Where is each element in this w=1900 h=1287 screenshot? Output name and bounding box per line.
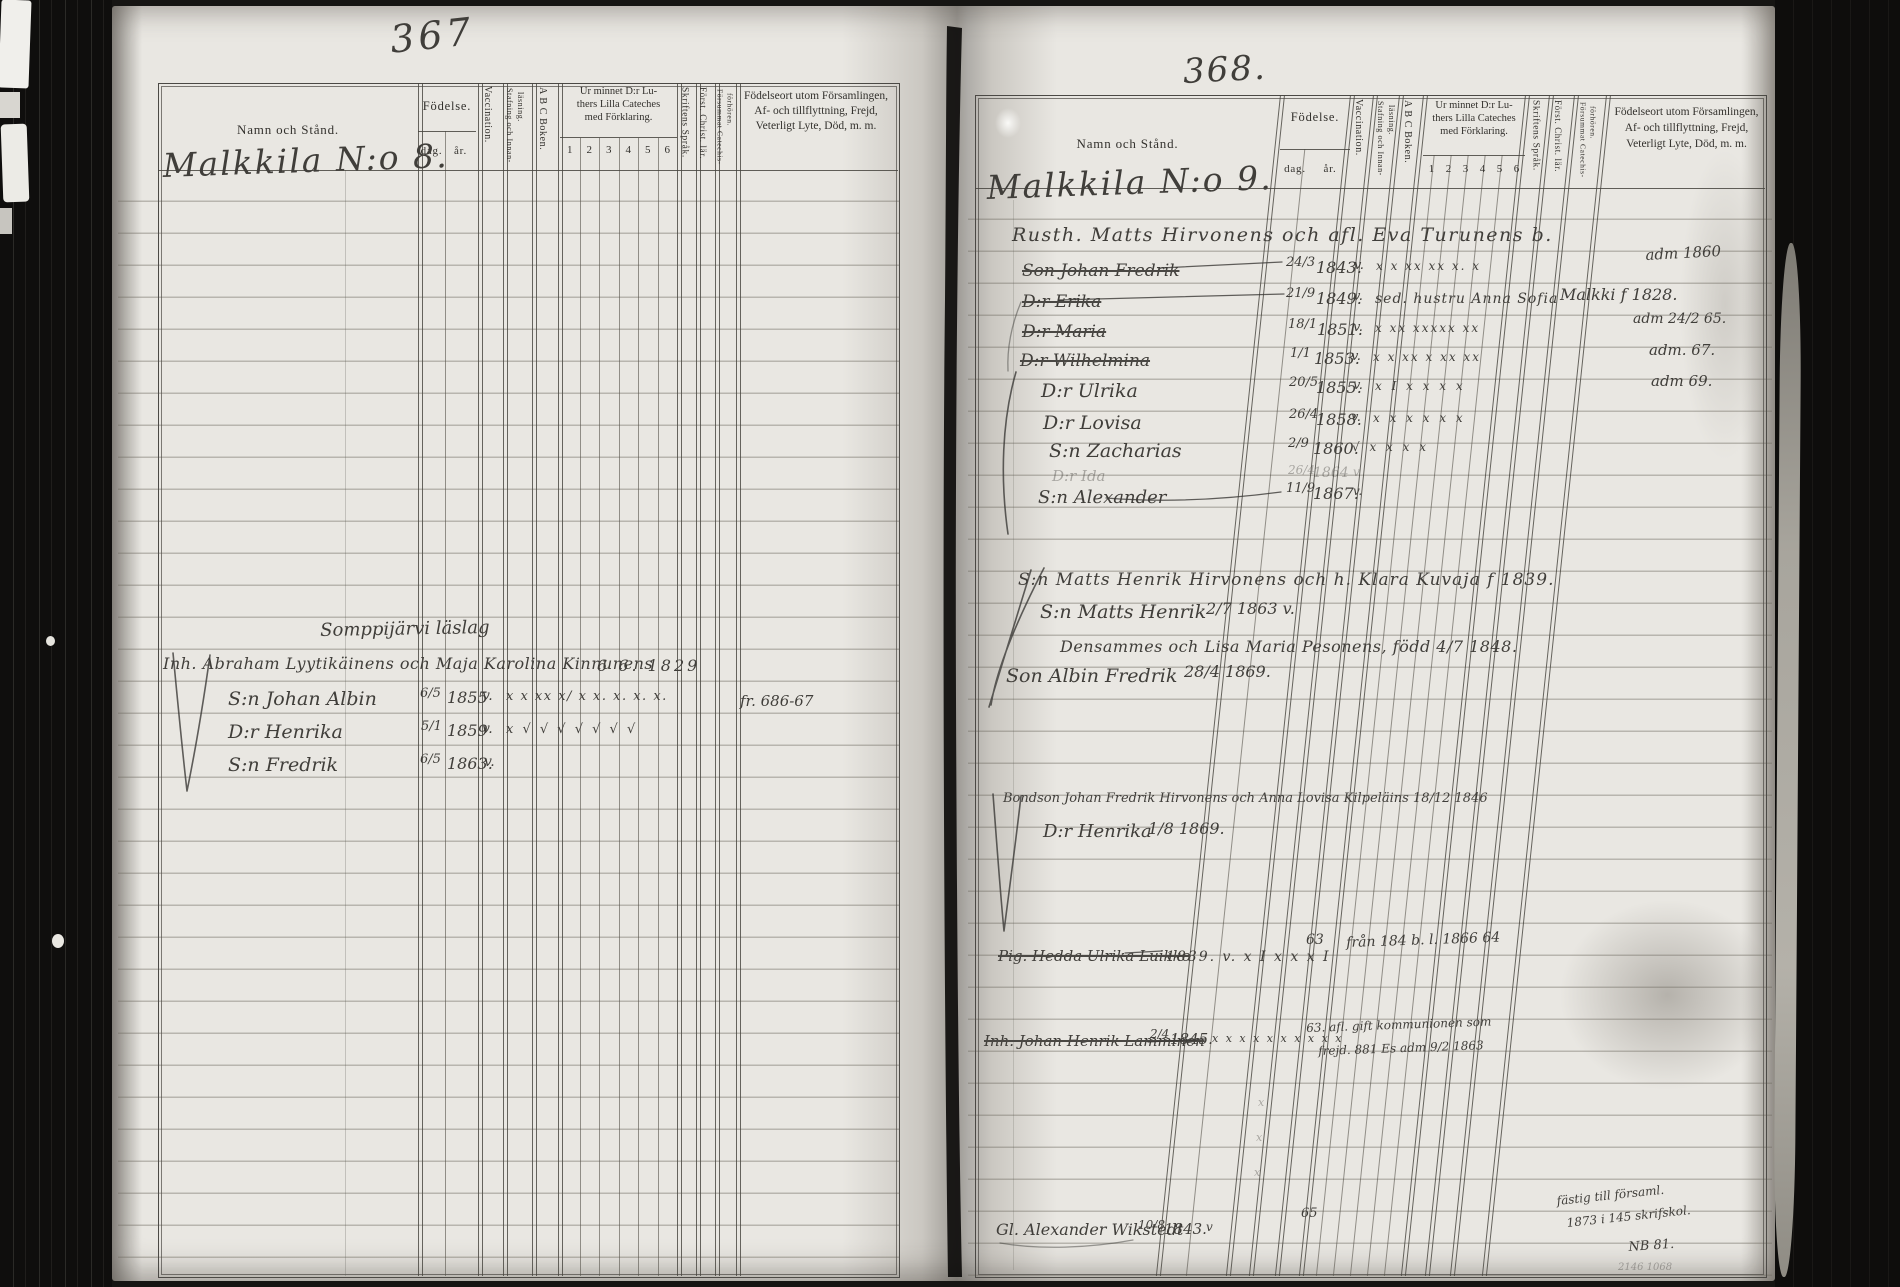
birth-day: 21/9 (1286, 286, 1315, 301)
person-entry: S:n Matts Henrik (1040, 601, 1206, 623)
birth-day: 11/9 (1286, 481, 1315, 496)
column-subdivider-left (619, 138, 620, 1276)
person-entry: D:r Ida (1052, 467, 1106, 485)
col-header-skriftens-right: Skriftens Språk. (1530, 100, 1540, 182)
person-entry: Son Johan Fredrik (1022, 261, 1179, 281)
person-entry: D:r Wilhelmina (1020, 351, 1150, 371)
birth-day: 24/3 (1286, 255, 1315, 270)
col-header-fodelseort-left: Veterligt Lyte, Död, m. m. (737, 120, 895, 132)
cateches-subcol-digit-left: 2 (580, 144, 600, 156)
vaccination-mark: v (1353, 465, 1360, 479)
header-divider-line-left (560, 137, 677, 138)
vaccination-mark: v. (482, 688, 493, 704)
col-header-forsummat-2-left: förhören. (726, 93, 734, 161)
col-header-dag-right: dag. (1280, 163, 1310, 175)
col-header-stafning-2-left: läsning. (516, 92, 524, 162)
col-header-cateches-right: Ur minnet D:r Lu- (1423, 100, 1525, 111)
birth-year: 1843. (1164, 1220, 1207, 1238)
birth-day: 1/1 (1290, 346, 1311, 361)
birth-date: 1/8 1869. (1148, 819, 1225, 838)
margin-note: adm 24/2 65. (1633, 311, 1726, 327)
vaccination-mark: v. (482, 721, 493, 737)
mark: x (1258, 1096, 1264, 1109)
cateches-subcol-digit-right: 4 (1474, 163, 1491, 175)
col-header-cateches-left: Ur minnet D:r Lu- (560, 86, 677, 97)
vaccination-mark: v. (1351, 410, 1361, 425)
catechism-marks: 1839. v. x I x x x I (1166, 949, 1331, 965)
col-header-forsummat-1-right: Försummat Catechis- (1579, 102, 1587, 182)
header-divider-line-right (1280, 149, 1350, 150)
header-divider-line-right (1423, 155, 1525, 156)
col-header-vaccination-left: Vaccination. (482, 86, 492, 168)
col-header-abc-right: A B C Boken. (1402, 100, 1412, 184)
page-number: 368. (1182, 48, 1268, 92)
column-subdivider-left (445, 131, 446, 1276)
col-header-forst-christ-left: Först. Christ. lär. (698, 87, 707, 165)
birth-day: 6/5 (420, 752, 441, 767)
birth-day: 20/5 (1289, 375, 1318, 390)
column-divider-left (736, 83, 741, 1276)
col-header-ar-left: år. (445, 145, 476, 157)
birth-year: 1864 (1313, 465, 1349, 481)
catechism-marks: x √ √ √ √ √ √ √ (506, 722, 638, 737)
cateches-subcol-digit-left: 6 (658, 144, 678, 156)
page-edge-chip (52, 934, 64, 948)
household-head-entry: Rusth. Matts Hirvonens och afl. Eva Turu… (1012, 224, 1553, 246)
margin-note: 65 (1301, 1206, 1318, 1221)
column-subdivider-left (638, 138, 639, 1276)
col-header-fodelseort-left: Af- och tillflyttning, Frejd, (737, 105, 895, 117)
col-header-namn-left: Namn och Stånd. (158, 122, 418, 138)
household-head-entry: Inh. Abraham Lyytikäinens och Maja Karol… (163, 654, 653, 673)
column-divider-left (696, 83, 701, 1276)
column-subdivider-left (580, 138, 581, 1276)
page-edge-chip (0, 92, 20, 118)
left-table-columns (158, 83, 898, 1276)
person-entry: D:r Maria (1022, 322, 1106, 342)
household-head-entry: Bondson Johan Fredrik Hirvonens och Anna… (1003, 791, 1488, 806)
cateches-subcol-digit-left: 3 (599, 144, 619, 156)
catechism-marks: x x x x x x (1373, 411, 1466, 425)
cateches-subcol-digit-right: 3 (1457, 163, 1474, 175)
column-divider-left (503, 83, 508, 1276)
column-subdivider-left (658, 138, 659, 1276)
col-header-fodelseort-right: Veterligt Lyte, Död, m. m. (1608, 138, 1765, 150)
col-header-stafning-1-right: Stafning och Innan- (1376, 101, 1384, 181)
birth-day: 18/1 (1288, 317, 1317, 332)
vaccination-mark: v. (1353, 320, 1363, 335)
person-entry: S:n Fredrik (228, 754, 338, 776)
vaccination-mark: v. (1353, 484, 1362, 498)
catechism-marks: √ x x x x (1352, 440, 1429, 454)
page-number: 367 (388, 9, 477, 62)
birth-date: 2/7 1863 v. (1206, 599, 1295, 618)
column-divider-left (558, 83, 563, 1276)
column-divider-left (677, 83, 682, 1276)
column-divider-left (532, 83, 537, 1276)
margin-rule (1013, 200, 1014, 1270)
right-table-columns (851, 95, 1765, 1276)
col-header-namn-right: Namn och Stånd. (975, 136, 1280, 152)
household-head-entry: S:n Matts Henrik Hirvonens och h. Klara … (1018, 570, 1554, 590)
margin-note: 63 (1306, 932, 1324, 948)
household-head-entry: Densammes och Lisa Maria Pesonens, född … (1060, 637, 1517, 656)
person-entry: Son Albin Fredrik (1006, 665, 1177, 687)
col-header-forsummat-2-right: förhören. (1589, 106, 1597, 178)
catechism-marks: x I x x x x (1375, 379, 1466, 393)
margin-note: Malkki f 1828. (1560, 285, 1677, 304)
col-header-fodelseort-right: Födelseort utom Församlingen, (1608, 106, 1765, 118)
page-edge-chip (0, 0, 32, 88)
column-divider-left (478, 83, 483, 1276)
margin-note: 2146 1068 (1618, 1262, 1672, 1273)
person-entry: D:r Ulrika (1041, 380, 1138, 402)
birth-year: 1867. (1313, 484, 1359, 503)
vaccination-mark: v. (1353, 378, 1363, 393)
column-divider-left (715, 83, 720, 1276)
vaccination-mark: v. (1351, 349, 1361, 364)
col-header-forsummat-1-left: Försummat Catechis- (716, 89, 724, 165)
catechism-marks: x xx xxxxx xx (1375, 321, 1480, 335)
margin-note: adm. 67. (1649, 341, 1715, 359)
col-header-cateches-left: thers Lilla Cateches (560, 99, 677, 110)
mark: x (1254, 1166, 1260, 1179)
note-inline: sed. hustru Anna Sofia (1375, 291, 1558, 307)
cateches-subcol-digit-left: 1 (560, 144, 580, 156)
col-header-abc-left: A B C Boken. (537, 87, 547, 167)
vaccination-mark: v. (1354, 258, 1364, 273)
page-edge-chip (0, 208, 12, 234)
birth-day: 2/4 (1150, 1027, 1169, 1041)
group-label: Somppijärvi läslag (320, 617, 490, 641)
cateches-subcol-digit-right: 1 (1423, 163, 1440, 175)
margin-note: NB 81. (1628, 1237, 1675, 1255)
mark: 6 6. 1829 (597, 656, 700, 675)
cateches-subcol-digit-right: 5 (1491, 163, 1508, 175)
col-header-fodelseort-left: Födelseort utom Församlingen, (737, 90, 895, 102)
catechism-marks: x x xx x xx xx (1373, 350, 1481, 364)
page-crease (345, 170, 346, 1276)
column-divider-left (418, 83, 423, 1276)
vaccination-mark: v. (484, 754, 495, 770)
col-header-cateches-left: med Förklaring. (560, 112, 677, 123)
page-edge-chip (46, 636, 55, 646)
column-subdivider-left (599, 138, 600, 1276)
person-entry: S:n Johan Albin (228, 688, 377, 710)
cateches-subcol-digit-left: 5 (638, 144, 658, 156)
birth-day: 2/9 (1288, 436, 1309, 451)
col-header-stafning-1-left: Stafning och Innan- (505, 88, 513, 166)
vaccination-mark: v (1206, 1220, 1213, 1234)
col-header-skriftens-left: Skriftens Språk. (679, 87, 689, 165)
col-header-vaccination-right: Vaccination. (1353, 99, 1363, 185)
col-header-forst-christ-right: Först. Christ. lär. (1553, 100, 1562, 182)
birth-year: 1845. (1170, 1030, 1213, 1048)
cateches-subcol-digit-right: 6 (1508, 163, 1525, 175)
person-entry: Pig. Hedda Ulrika Luikko (998, 947, 1191, 965)
scanned-parish-register: Namn och Stånd.Födelse.dag.år.Vaccinatio… (0, 0, 1900, 1287)
birth-day: 6/5 (420, 686, 441, 701)
mark: x (1256, 1131, 1262, 1144)
person-entry: S:n Zacharias (1049, 440, 1182, 462)
margin-note: adm 69. (1651, 372, 1712, 390)
catechism-marks: x x xx xx x. x (1376, 259, 1481, 273)
birth-day: 5/1 (421, 719, 442, 734)
catechism-marks: x x xx x/ x x. x. x. x. (506, 689, 668, 704)
col-header-fodelse-right: Födelse. (1280, 110, 1350, 125)
col-header-ar-right: år. (1310, 163, 1350, 175)
person-entry: D:r Henrika (1043, 821, 1152, 842)
margin-note: fr. 686-67 (740, 692, 813, 710)
col-header-cateches-right: thers Lilla Cateches (1423, 113, 1525, 124)
person-entry: D:r Henrika (228, 721, 343, 743)
header-divider-line-left (418, 131, 476, 132)
birth-day: 26/4 (1289, 407, 1318, 422)
cateches-subcol-digit-left: 4 (619, 144, 639, 156)
birth-day: 10/8 (1138, 1218, 1165, 1232)
person-entry: S:n Alexander (1038, 487, 1166, 508)
page-edge-chip (1, 124, 30, 203)
col-header-fodelseort-right: Af- och tillflyttning, Frejd, (1608, 122, 1765, 134)
col-header-cateches-right: med Förklaring. (1423, 126, 1525, 137)
person-entry: D:r Erika (1022, 292, 1101, 312)
col-header-stafning-2-right: läsning. (1387, 105, 1395, 177)
column-divider-right (1482, 95, 1611, 1276)
col-header-fodelse-left: Födelse. (418, 99, 476, 114)
birth-day: 26/4 (1288, 463, 1315, 477)
vaccination-mark: v. (1353, 289, 1363, 304)
birth-date: 28/4 1869. (1184, 662, 1271, 681)
person-entry: D:r Lovisa (1043, 412, 1142, 434)
cateches-subcol-digit-right: 2 (1440, 163, 1457, 175)
